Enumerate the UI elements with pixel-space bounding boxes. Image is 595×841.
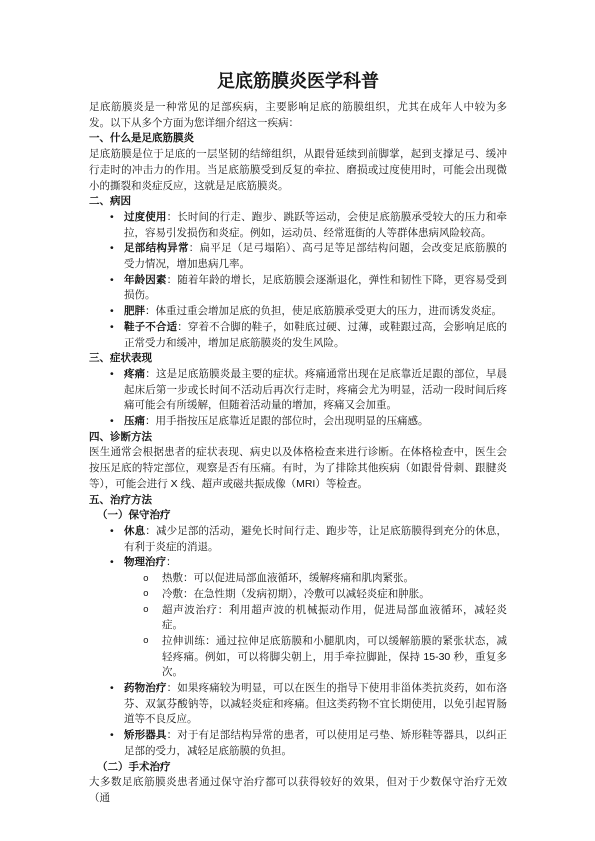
bullet-marker: • xyxy=(110,524,114,540)
bullet-text: ：如果疼痛较为明显，可以在医生的指导下使用非甾体类抗炎药，如布洛芬、双氯芬酸钠等… xyxy=(124,682,507,725)
bullet-lead: 休息 xyxy=(124,525,145,537)
bullet-item-shoes: • 鞋子不合适：穿着不合脚的鞋子，如鞋底过硬、过薄，或鞋跟过高，会影响足底的正常… xyxy=(89,320,507,351)
bullet-marker: • xyxy=(110,728,114,744)
bullet-body: 足部结构异常：扁平足（足弓塌陷）、高弓足等足部结构问题，会改变足底筋膜的受力情况… xyxy=(124,241,507,272)
bullet-item-foot-structure: • 足部结构异常：扁平足（足弓塌陷）、高弓足等足部结构问题，会改变足底筋膜的受力… xyxy=(89,241,507,272)
subbullet-item-stretching: o 拉伸训练：通过拉伸足底筋膜和小腿肌肉，可以缓解筋膜的紧张状态，减轻疼痛。例如… xyxy=(89,634,507,681)
bullet-marker: • xyxy=(110,367,114,383)
section-heading-what-is: 一、什么是足底筋膜炎 xyxy=(89,131,507,147)
subsection-heading-conservative: （一）保守治疗 xyxy=(89,508,507,524)
bullet-marker: • xyxy=(110,414,114,430)
bullet-lead: 药物治疗 xyxy=(124,682,167,694)
subbullet-marker: o xyxy=(143,633,149,649)
bullet-body: 过度使用：长时间的行走、跑步、跳跃等运动，会使足底筋膜承受较大的压力和牵拉，容易… xyxy=(124,210,507,241)
bullet-marker: • xyxy=(110,241,114,257)
subbullet-text: 冷敷：在急性期（发病初期），冷敷可以减轻炎症和肿胀。 xyxy=(162,587,507,603)
bullet-lead: 鞋子不合适 xyxy=(124,321,177,333)
bullet-body: 休息：减少足部的活动，避免长时间行走、跑步等，让足底筋膜得到充分的休息，有利于炎… xyxy=(124,524,507,555)
subbullet-text: 超声波治疗：利用超声波的机械振动作用，促进局部血液循环，减轻炎症。 xyxy=(162,603,507,634)
section-body-what-is: 足底筋膜是位于足底的一层坚韧的结缔组织，从跟骨延续到前脚掌，起到支撑足弓、缓冲行… xyxy=(89,147,507,194)
bullet-marker: • xyxy=(110,681,114,697)
bullet-item-pain: • 疼痛：这是足底筋膜炎最主要的症状。疼痛通常出现在足底靠近足跟的部位，早晨起床… xyxy=(89,367,507,414)
bullet-marker: • xyxy=(110,320,114,336)
subbullet-marker: o xyxy=(143,586,149,602)
bullet-marker: • xyxy=(110,304,114,320)
bullet-text: ：随着年龄的增长，足底筋膜会逐渐退化，弹性和韧性下降，更容易受到损伤。 xyxy=(124,274,507,302)
bullet-body: 疼痛：这是足底筋膜炎最主要的症状。疼痛通常出现在足底靠近足跟的部位，早晨起床后第… xyxy=(124,367,507,414)
bullet-item-physiotherapy: • 物理治疗： xyxy=(89,555,507,571)
bullet-body: 鞋子不合适：穿着不合脚的鞋子，如鞋底过硬、过薄，或鞋跟过高，会影响足底的正常受力… xyxy=(124,320,507,351)
bullet-item-medication: • 药物治疗：如果疼痛较为明显，可以在医生的指导下使用非甾体类抗炎药，如布洛芬、… xyxy=(89,681,507,728)
bullet-item-tenderness: • 压痛：用手指按压足底靠近足跟的部位时，会出现明显的压痛感。 xyxy=(89,414,507,430)
subsection-heading-surgery: （二）手术治疗 xyxy=(89,760,507,776)
section-heading-symptoms: 三、症状表现 xyxy=(89,351,507,367)
document-page: 足底筋膜炎医学科普 足底筋膜炎是一种常见的足部疾病，主要影响足底的筋膜组织，尤其… xyxy=(0,0,595,841)
section-heading-causes: 二、病因 xyxy=(89,194,507,210)
bullet-lead: 矫形器具 xyxy=(124,729,167,741)
bullet-lead: 年龄因素 xyxy=(124,274,167,286)
bullet-text: ：穿着不合脚的鞋子，如鞋底过硬、过薄，或鞋跟过高，会影响足底的正常受力和缓冲，增… xyxy=(124,321,507,349)
bullet-marker: • xyxy=(110,273,114,289)
subbullet-item-ultrasound: o 超声波治疗：利用超声波的机械振动作用，促进局部血液循环，减轻炎症。 xyxy=(89,603,507,634)
subbullet-text: 拉伸训练：通过拉伸足底筋膜和小腿肌肉，可以缓解筋膜的紧张状态，减轻疼痛。例如，可… xyxy=(162,634,507,681)
bullet-marker: • xyxy=(110,555,114,571)
intro-paragraph: 足底筋膜炎是一种常见的足部疾病，主要影响足底的筋膜组织，尤其在成年人中较为多发。… xyxy=(89,100,507,131)
bullet-lead: 足部结构异常 xyxy=(124,242,189,254)
bullet-item-obesity: • 肥胖：体重过重会增加足底的负担，使足底筋膜承受更大的压力，进而诱发炎症。 xyxy=(89,304,507,320)
bullet-item-age: • 年龄因素：随着年龄的增长，足底筋膜会逐渐退化，弹性和韧性下降，更容易受到损伤… xyxy=(89,273,507,304)
subbullet-item-hot-compress: o 热敷：可以促进局部血液循环，缓解疼痛和肌肉紧张。 xyxy=(89,571,507,587)
bullet-body: 矫形器具：对于有足部结构异常的患者，可以使用足弓垫、矫形鞋等器具，以纠正足部的受… xyxy=(124,728,507,759)
bullet-lead: 过度使用 xyxy=(124,211,167,223)
bullet-text: ： xyxy=(166,556,177,568)
bullet-lead: 物理治疗 xyxy=(124,556,166,568)
bullet-body: 年龄因素：随着年龄的增长，足底筋膜会逐渐退化，弹性和韧性下降，更容易受到损伤。 xyxy=(124,273,507,304)
bullet-marker: • xyxy=(110,210,114,226)
bullet-text: ：减少足部的活动，避免长时间行走、跑步等，让足底筋膜得到充分的休息，有利于炎症的… xyxy=(124,525,507,553)
bullet-item-rest: • 休息：减少足部的活动，避免长时间行走、跑步等，让足底筋膜得到充分的休息，有利… xyxy=(89,524,507,555)
bullet-item-overuse: • 过度使用：长时间的行走、跑步、跳跃等运动，会使足底筋膜承受较大的压力和牵拉，… xyxy=(89,210,507,241)
page-title: 足底筋膜炎医学科普 xyxy=(89,69,507,93)
section-heading-treatment: 五、治疗方法 xyxy=(89,493,507,509)
subbullet-marker: o xyxy=(143,602,149,618)
bullet-lead: 压痛 xyxy=(124,415,145,427)
subbullet-text: 热敷：可以促进局部血液循环，缓解疼痛和肌肉紧张。 xyxy=(162,571,507,587)
section-body-diagnosis: 医生通常会根据患者的症状表现、病史以及体格检查来进行诊断。在体格检查中，医生会按… xyxy=(89,445,507,492)
bullet-text: ：长时间的行走、跑步、跳跃等运动，会使足底筋膜承受较大的压力和牵拉，容易引发损伤… xyxy=(124,211,507,239)
subbullet-marker: o xyxy=(143,571,149,587)
bullet-text: ：体重过重会增加足底的负担，使足底筋膜承受更大的压力，进而诱发炎症。 xyxy=(145,305,502,317)
bullet-body: 肥胖：体重过重会增加足底的负担，使足底筋膜承受更大的压力，进而诱发炎症。 xyxy=(124,304,507,320)
bullet-item-orthotics: • 矫形器具：对于有足部结构异常的患者，可以使用足弓垫、矫形鞋等器具，以纠正足部… xyxy=(89,728,507,759)
section-heading-diagnosis: 四、诊断方法 xyxy=(89,430,507,446)
section-body-surgery: 大多数足底筋膜炎患者通过保守治疗都可以获得较好的效果，但对于少数保守治疗无效（通 xyxy=(89,775,507,806)
bullet-body: 物理治疗： xyxy=(124,555,507,571)
bullet-body: 压痛：用手指按压足底靠近足跟的部位时，会出现明显的压痛感。 xyxy=(124,414,507,430)
bullet-lead: 疼痛 xyxy=(124,368,145,380)
bullet-lead: 肥胖 xyxy=(124,305,145,317)
bullet-text: ：用手指按压足底靠近足跟的部位时，会出现明显的压痛感。 xyxy=(145,415,429,427)
bullet-text: ：对于有足部结构异常的患者，可以使用足弓垫、矫形鞋等器具，以纠正足部的受力，减轻… xyxy=(124,729,507,757)
subbullet-item-cold-compress: o 冷敷：在急性期（发病初期），冷敷可以减轻炎症和肿胀。 xyxy=(89,587,507,603)
bullet-text: ：这是足底筋膜炎最主要的症状。疼痛通常出现在足底靠近足跟的部位，早晨起床后第一步… xyxy=(124,368,507,411)
bullet-body: 药物治疗：如果疼痛较为明显，可以在医生的指导下使用非甾体类抗炎药，如布洛芬、双氯… xyxy=(124,681,507,728)
